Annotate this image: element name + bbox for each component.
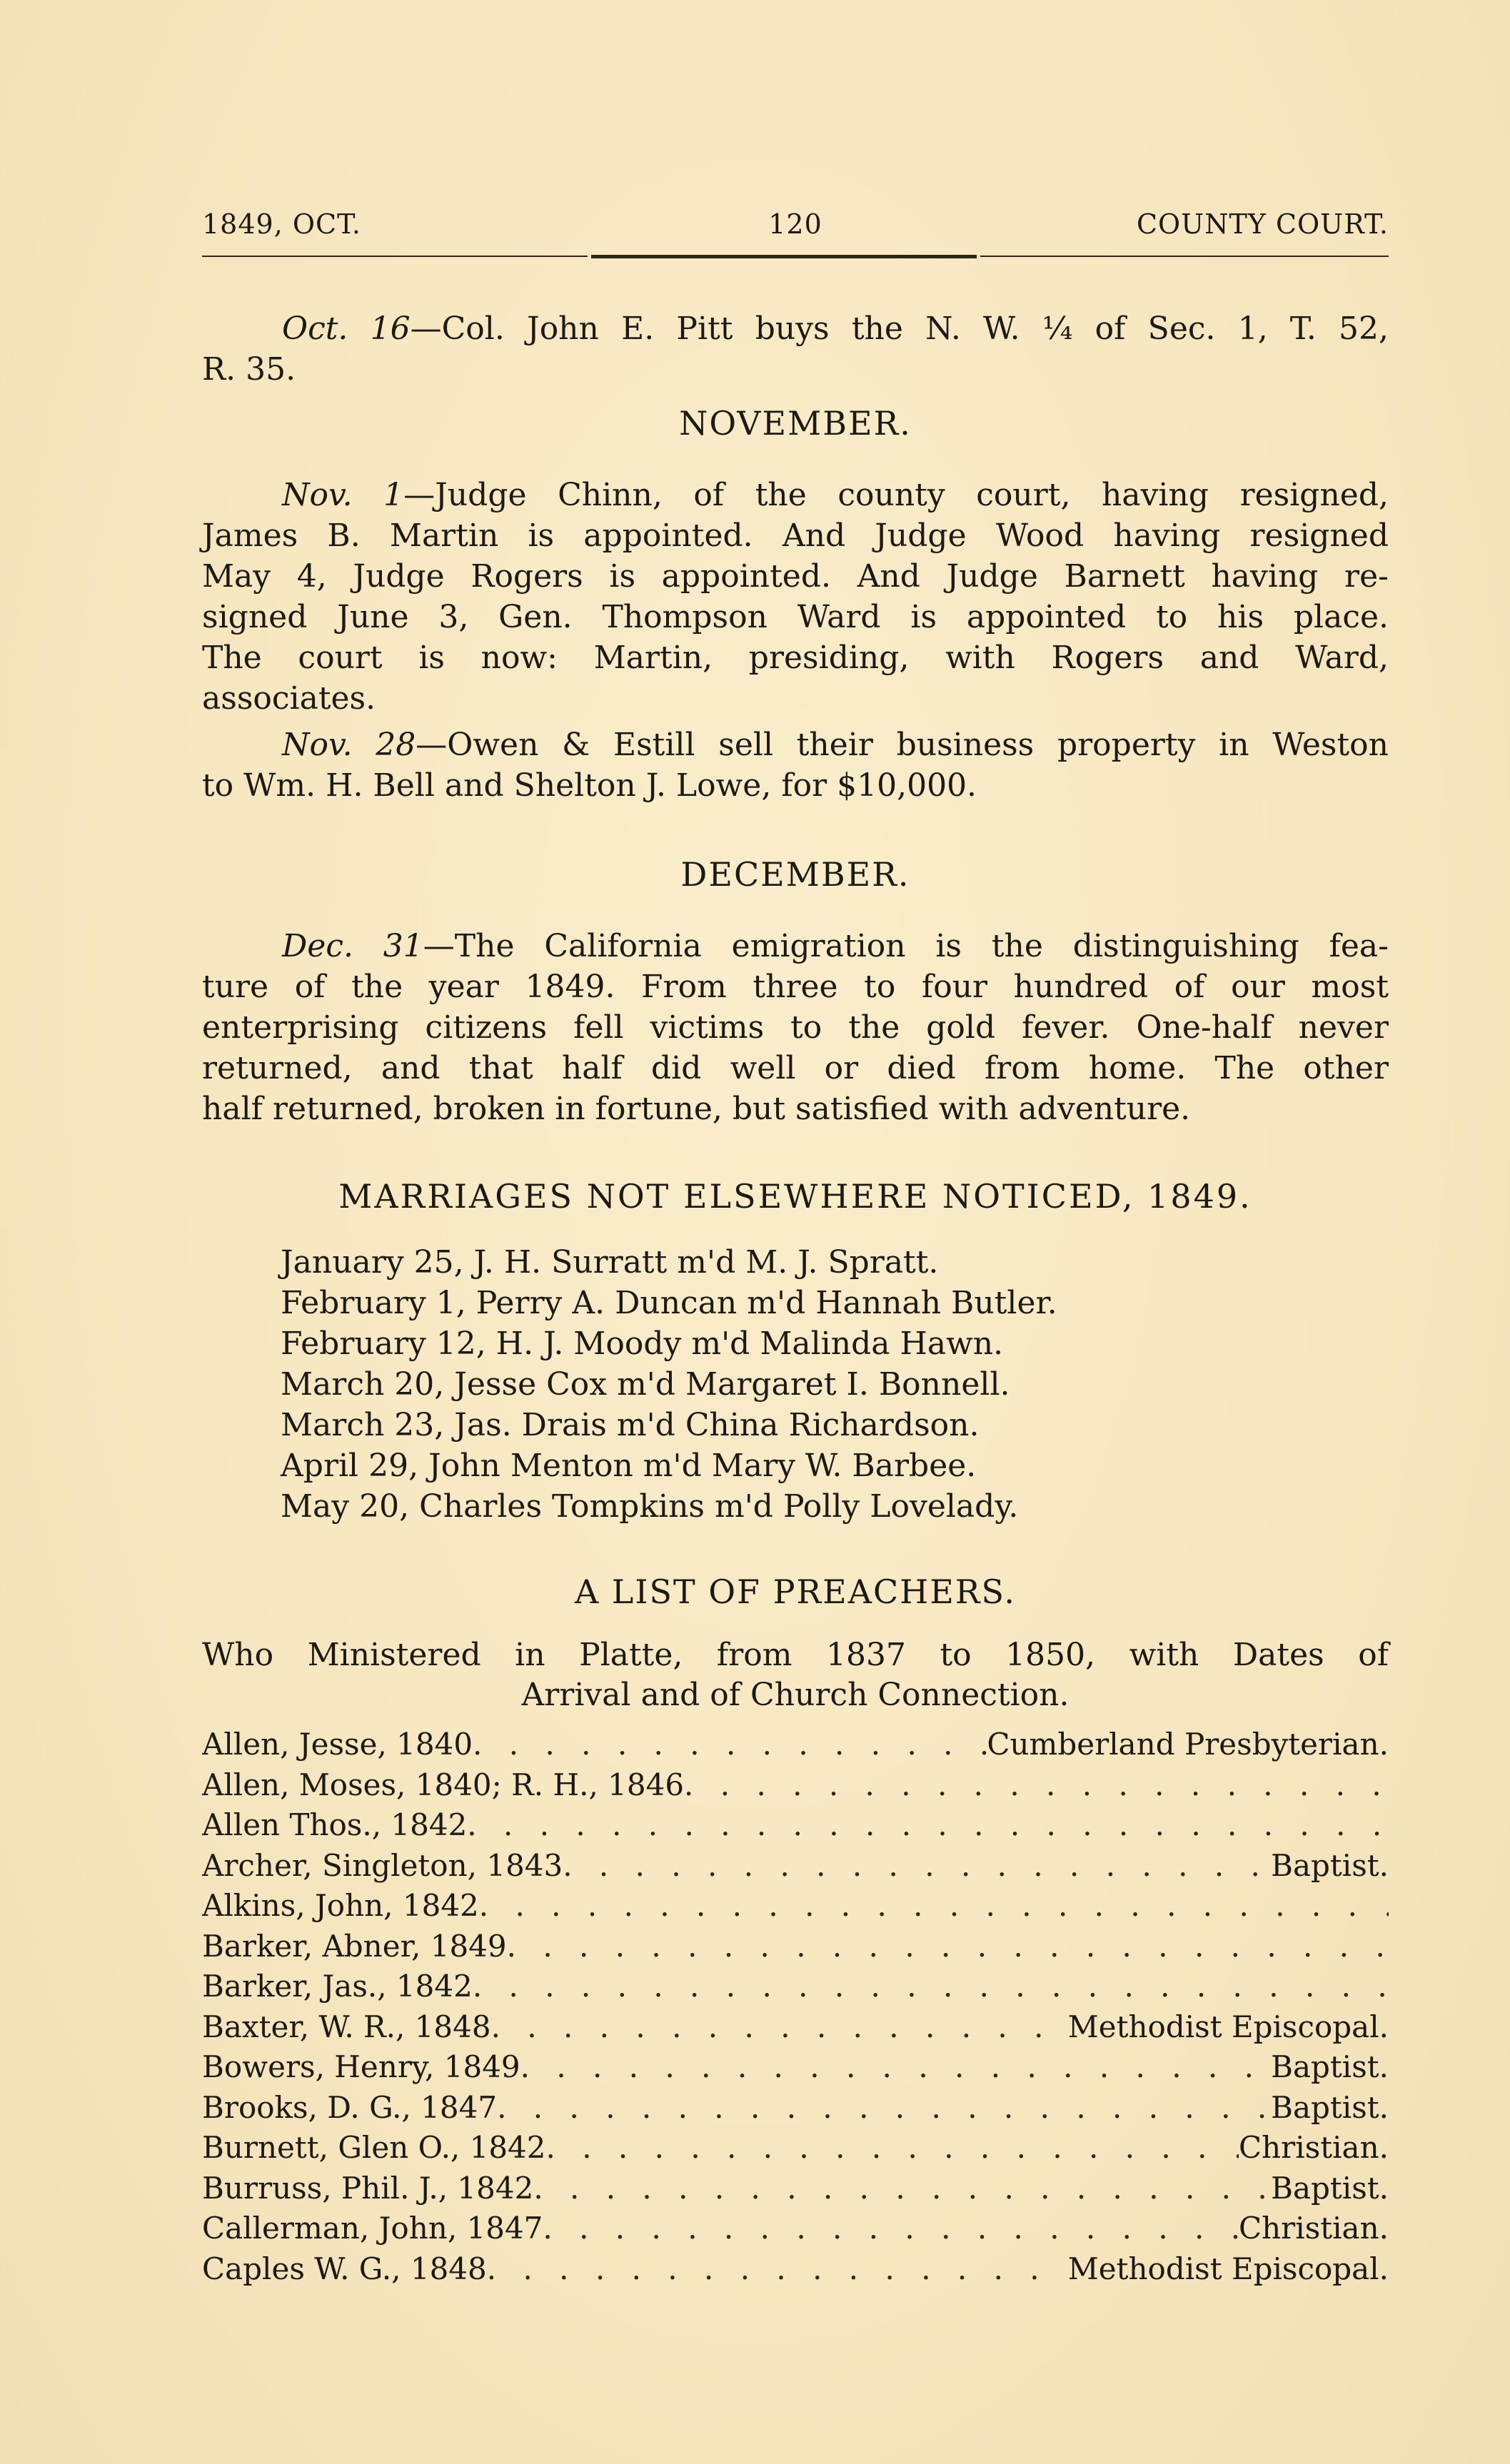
preacher-row: Barker, Abner, 1849 [202,1927,1389,1967]
leader-dots [507,1927,1389,1967]
marriages-list: January 25, J. H. Surratt m'd M. J. Spra… [281,1242,1057,1527]
preacher-row: Allen Thos., 1842 [202,1805,1389,1846]
entry-oct-16: Oct. 16—Col. John E. Pitt buys the N. W.… [202,308,1389,390]
rule-segment-right [980,256,1389,257]
marriage-item: February 1, Perry A. Duncan m'd Hannah B… [281,1283,1057,1323]
preacher-row: Caples W. G., 1848Methodist Episcopal. [202,2249,1389,2290]
marriage-item: March 20, Jesse Cox m'd Margaret I. Bonn… [281,1364,1057,1405]
leader-dots [520,2047,1271,2088]
running-head: 1849, OCT. 120 COUNTY COURT. [202,208,1389,244]
leader-dots [467,1805,1389,1846]
leader-dots [533,2168,1271,2209]
preacher-row: Barker, Jas., 1842 [202,1966,1389,2007]
entry-nov-28: Nov. 28—Owen & Estill sell their busines… [202,724,1389,806]
section-heading-december: DECEMBER. [202,855,1389,894]
preacher-row: Allen, Jesse, 1840Cumberland Presbyteria… [202,1725,1389,1765]
entry-nov-1: Nov. 1—Judge Chinn, of the county court,… [202,475,1389,719]
entry-date: Dec. 31 [282,928,423,964]
rule-segment-center [591,255,977,258]
leader-dots [563,1846,1271,1887]
leader-dots [497,2088,1271,2129]
preacher-row: Burruss, Phil. J., 1842Baptist. [202,2168,1389,2209]
leader-dots [487,2249,1068,2290]
marriage-item: April 29, John Menton m'd Mary W. Barbee… [281,1445,1057,1486]
leader-dots [543,2208,1239,2249]
preachers-subheading: Who Ministered in Platte, from 1837 to 1… [202,1635,1389,1715]
header-rule [202,255,1389,259]
preacher-row: Callerman, John, 1847Christian. [202,2208,1389,2249]
entry-date: Nov. 1 [282,477,403,513]
leader-dots [684,1765,1389,1806]
leader-dots [473,1725,987,1765]
leader-dots [479,1886,1389,1927]
preacher-row: Baxter, W. R., 1848Methodist Episcopal. [202,2007,1389,2048]
preacher-row: Bowers, Henry, 1849Baptist. [202,2047,1389,2088]
marriage-item: February 12, H. J. Moody m'd Malinda Haw… [281,1323,1057,1364]
marriage-item: January 25, J. H. Surratt m'd M. J. Spra… [281,1242,1057,1283]
preacher-row: Alkins, John, 1842 [202,1886,1389,1927]
leader-dots [546,2128,1239,2168]
preachers-list: Allen, Jesse, 1840Cumberland Presbyteria… [202,1725,1389,2289]
marriage-item: March 23, Jas. Drais m'd China Richardso… [281,1405,1057,1445]
leader-dots [491,2007,1068,2048]
leader-dots [473,1966,1389,2007]
preacher-row: Archer, Singleton, 1843Baptist. [202,1846,1389,1887]
section-heading-marriages: MARRIAGES NOT ELSEWHERE NOTICED, 1849. [202,1177,1389,1216]
preacher-row: Burnett, Glen O., 1842Christian. [202,2128,1389,2168]
entry-dec-31: Dec. 31—The California emigration is the… [202,926,1389,1129]
running-head-title: COUNTY COURT. [1137,208,1389,240]
preacher-row: Brooks, D. G., 1847Baptist. [202,2088,1389,2129]
rule-segment-left [202,256,588,257]
entry-date: Oct. 16 [282,310,411,347]
preacher-row: Allen, Moses, 1840; R. H., 1846 [202,1765,1389,1806]
marriage-item: May 20, Charles Tompkins m'd Polly Lovel… [281,1486,1057,1527]
entry-date: Nov. 28 [282,727,416,763]
section-heading-preachers: A LIST OF PREACHERS. [202,1572,1389,1611]
section-heading-november: NOVEMBER. [202,404,1389,443]
